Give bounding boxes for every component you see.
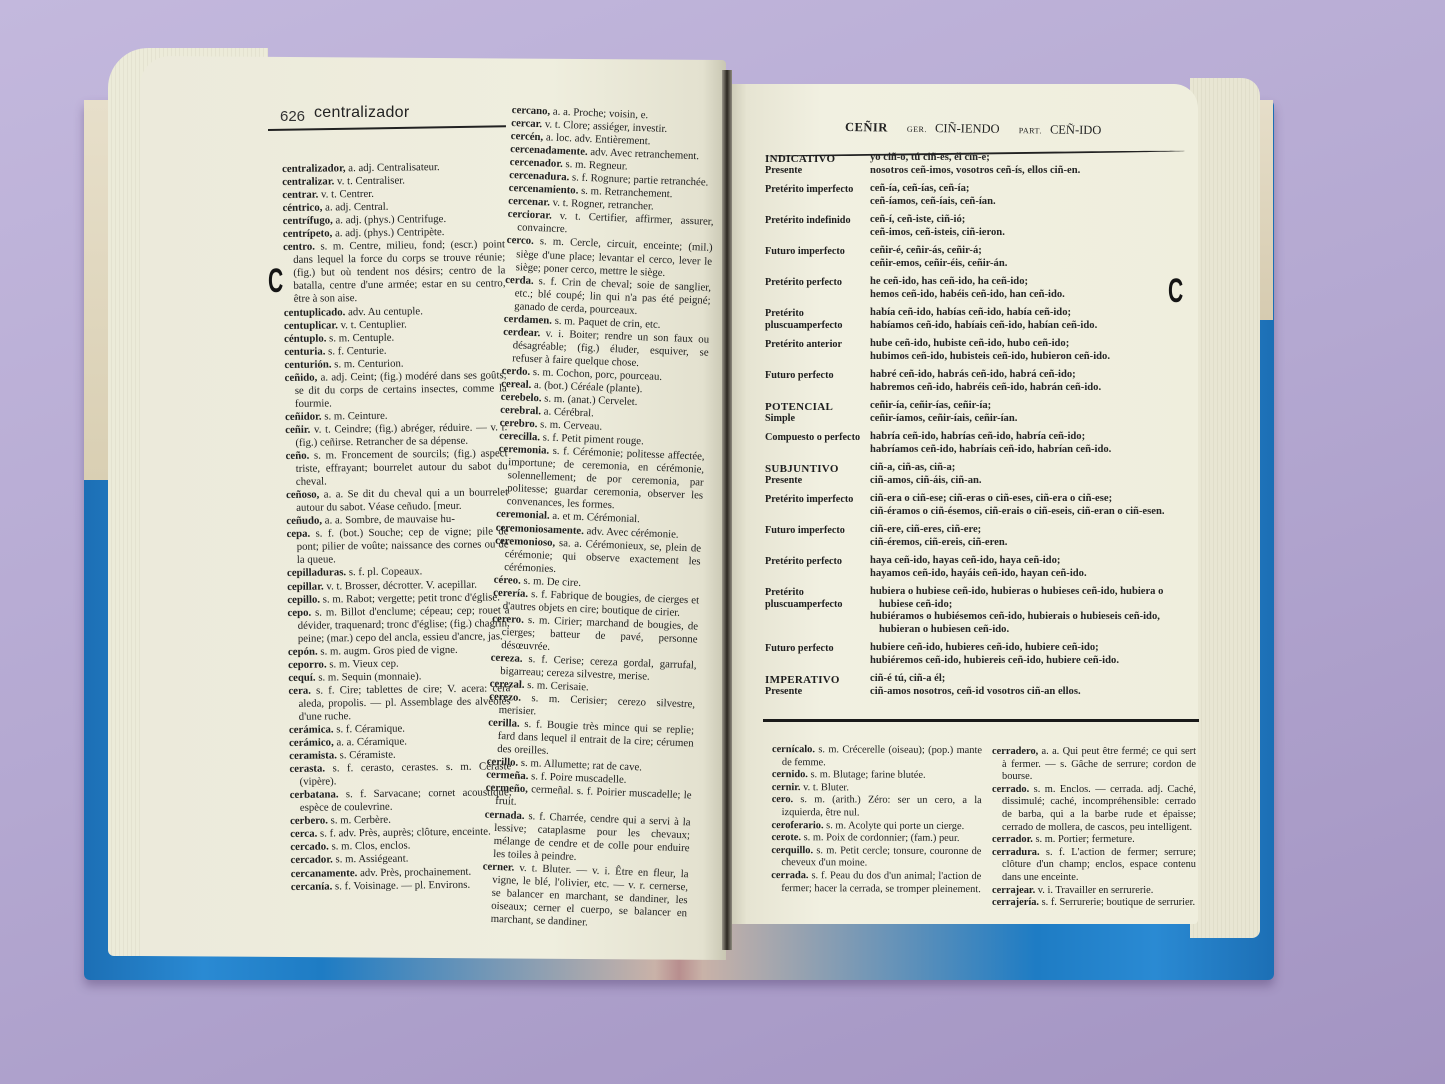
dictionary-entry: cernir. v. t. Bluter.	[772, 782, 982, 796]
running-head: centralizador	[314, 104, 410, 122]
entry-definition: a. adj. (phys.) Centripète.	[332, 226, 444, 239]
conjugation-row: IMPERATIVOPresenteciñ-é tú, ciñ-a él;ciñ…	[765, 673, 1195, 698]
tense-name: Presente	[765, 686, 802, 697]
conjugation-row: Futuro imperfectociñ-ere, ciñ-eres, ciñ-…	[765, 524, 1195, 549]
conjugated-forms: hube ceñ-ido, hubiste ceñ-ido, hubo ceñ-…	[870, 338, 1195, 363]
conjugation-row: Futuro perfectohabré ceñ-ido, habrás ceñ…	[765, 369, 1195, 394]
entry-definition: a. Cérébral.	[541, 405, 594, 419]
entry-headword: cerbero.	[290, 815, 328, 827]
form-line: ceñ-imos, ceñ-isteis, ciñ-ieron.	[870, 227, 1195, 240]
tense-label: Compuesto o perfecto	[765, 431, 870, 456]
dictionary-entry: cepo. s. m. Billot d'enclume; cépeau; ce…	[287, 604, 509, 646]
entry-headword: centuplicado.	[284, 306, 346, 319]
tense-label: Pretérito anterior	[765, 338, 870, 363]
form-line: hubiéremos ceñ-ido, hubiereis ceñ-ido, h…	[870, 655, 1195, 668]
conjugated-forms: ceñir-ía, ceñir-ías, ceñir-ía;ceñir-íamo…	[870, 400, 1195, 425]
entry-headword: cercén,	[511, 130, 544, 143]
entry-headword: cero.	[772, 794, 794, 805]
tense-name: Pretérito perfecto	[765, 556, 842, 567]
entry-headword: cereal.	[501, 378, 532, 391]
tense-label: Futuro imperfecto	[765, 524, 870, 549]
dictionary-entry: cerrada. s. f. Peau du dos d'un animal; …	[771, 870, 981, 896]
entry-definition: s. m. Cerisaie.	[524, 679, 589, 693]
entry-definition: a. adj. (phys.) Centrifuge.	[333, 213, 446, 226]
conjugation-row: Pretérito pluscuamperfectohubiera o hubi…	[765, 586, 1195, 636]
form-line: ciñ-amos, ciñ-áis, ciñ-an.	[870, 475, 1195, 488]
tense-label: Pretérito pluscuamperfecto	[765, 586, 870, 636]
tense-label: IMPERATIVOPresente	[765, 673, 870, 698]
entry-headword: cerezal.	[490, 678, 525, 691]
entry-headword: cepilladuras.	[287, 567, 346, 580]
entry-headword: cercano,	[512, 104, 551, 117]
entry-definition: a. adj. Central.	[322, 201, 388, 214]
entry-headword: cercado.	[290, 841, 329, 853]
entry-headword: cerca.	[290, 828, 317, 840]
conjugated-forms: ceñir-é, ceñir-ás, ceñir-á;ceñir-emos, c…	[870, 245, 1195, 270]
entry-definition: s. m. (arith.) Zéro: ser un cero, a la i…	[782, 794, 982, 818]
entry-headword: cepillo.	[287, 593, 320, 605]
conjugation-bottom-rule	[763, 719, 1199, 722]
tense-label: POTENCIALSimple	[765, 400, 870, 425]
entry-headword: cequí.	[288, 671, 315, 683]
entry-headword: ceremonia.	[499, 443, 550, 457]
entry-headword: cermeño,	[485, 782, 528, 796]
conjugation-row: Pretérito perfectohe ceñ-ido, has ceñ-id…	[765, 276, 1195, 301]
entry-definition: s. f. cerasto, cerastes. s. m. Céraste (…	[299, 760, 511, 788]
tense-label: Pretérito perfecto	[765, 276, 870, 301]
form-line: hubimos ceñ-ido, hubisteis ceñ-ido, hubi…	[870, 351, 1195, 364]
entry-headword: ceremonioso,	[495, 534, 555, 548]
conjugated-forms: habré ceñ-ido, habrás ceñ-ido, habrá ceñ…	[870, 369, 1195, 394]
tense-name: Pretérito imperfecto	[765, 494, 853, 505]
tense-name: Presente	[765, 165, 802, 176]
entry-definition: v. t. Centrer.	[318, 188, 374, 201]
dictionary-entry: cernícalo. s. m. Crécerelle (oiseau); (p…	[772, 744, 982, 770]
entry-definition: v. t. Bluter.	[801, 782, 849, 793]
entry-headword: cerebelo.	[501, 391, 542, 405]
entry-headword: ceñudo,	[286, 515, 322, 527]
tense-name: Pretérito indefinido	[765, 215, 851, 226]
entry-headword: cercenadura.	[509, 169, 569, 183]
dictionary-entry: ceroferario. s. m. Acolyte qui porte un …	[772, 820, 982, 834]
entry-headword: cernir.	[772, 782, 801, 793]
mood-label: POTENCIAL	[765, 401, 870, 413]
entry-headword: cerrajear.	[992, 885, 1035, 896]
dictionary-entry: cerrador. s. m. Portier; fermeture.	[992, 834, 1196, 847]
form-line: nosotros ceñ-imos, vosotros ceñ-ís, ello…	[870, 165, 1195, 178]
tense-name: Pretérito anterior	[765, 339, 842, 350]
entry-definition: a. adj. Centralisateur.	[345, 161, 439, 174]
dictionary-entry: ceremonia. s. f. Cérémonie; politesse af…	[496, 443, 704, 516]
entry-headword: cepón.	[288, 645, 318, 657]
entry-headword: cepa.	[286, 528, 310, 540]
entry-definition: s. m. Centre, milieu, fond; (escr.) poin…	[293, 239, 505, 306]
tense-name: Pretérito imperfecto	[765, 184, 853, 195]
dictionary-entry: centro. s. m. Centre, milieu, fond; (esc…	[283, 239, 506, 307]
conjugation-row: Pretérito perfectohaya ceñ-ido, hayas ce…	[765, 555, 1195, 580]
entry-definition: s. m. Portier; fermeture.	[1033, 834, 1135, 845]
entry-definition: s. m. Assiégeant.	[333, 853, 409, 866]
entry-headword: cercenador.	[510, 156, 563, 170]
form-line: habríamos ceñ-ido, habríais ceñ-ido, hab…	[870, 444, 1195, 457]
entry-definition: s. m. Acolyte qui porte un cierge.	[824, 820, 965, 832]
dictionary-entry: cerrajería. s. f. Serrurerie; boutique d…	[992, 897, 1196, 910]
form-line: hubiere ceñ-ido, hubieres ceñ-ido, hubie…	[870, 642, 1195, 655]
entry-definition: s. m. augm. Gros pied de vigne.	[318, 644, 458, 658]
entry-definition: s. m. Sequin (monnaie).	[316, 670, 422, 683]
dictionary-entry: cerradero, a. a. Qui peut être fermé; ce…	[992, 746, 1196, 784]
tense-name: Pretérito perfecto	[765, 277, 842, 288]
conjugated-forms: hubiera o hubiese ceñ-ido, hubieras o hu…	[870, 586, 1195, 636]
form-line: habría ceñ-ido, habrías ceñ-ido, habría …	[870, 431, 1195, 444]
form-line: ceñir-íamos, ceñir-íais, ceñir-ían.	[870, 413, 1195, 426]
entry-definition: s. m. Cerveau.	[537, 418, 602, 432]
entry-headword: cernido.	[772, 769, 808, 780]
entry-headword: cerasta.	[289, 763, 325, 775]
entry-headword: cerebro.	[500, 417, 538, 430]
entry-headword: centurión.	[284, 358, 331, 371]
tense-label: Futuro perfecto	[765, 369, 870, 394]
dictionary-entry: cernido. s. m. Blutage; farine blutée.	[772, 769, 982, 783]
entry-headword: cercar.	[511, 117, 542, 130]
conjugated-forms: he ceñ-ido, has ceñ-ido, ha ceñ-ido;hemo…	[870, 276, 1195, 301]
conjugation-row: Pretérito pluscuamperfectohabía ceñ-ido,…	[765, 307, 1195, 332]
entry-definition: s. m. Froncement de sourcils; (fig.) asp…	[296, 447, 508, 488]
dictionary-entry: cernada. s. f. Charrée, cendre qui a ser…	[483, 808, 691, 868]
entry-definition: adv. Près, prochainement.	[357, 865, 471, 878]
tense-name: Presente	[765, 475, 802, 486]
entry-headword: cerquillo.	[771, 845, 813, 856]
tense-name: Pretérito pluscuamperfecto	[765, 587, 843, 610]
conjugated-forms: ciñ-era o ciñ-ese; ciñ-eras o ciñ-eses, …	[870, 493, 1195, 518]
form-line: ciñ-era o ciñ-ese; ciñ-eras o ciñ-eses, …	[870, 493, 1195, 506]
entry-definition: s. m. Ceinture.	[322, 410, 388, 423]
conjugation-row: Pretérito imperfectoceñ-ía, ceñ-ías, ceñ…	[765, 183, 1195, 208]
entry-definition: s. f. Peau du dos d'un animal; l'action …	[781, 870, 981, 894]
entry-headword: ceñido,	[285, 371, 318, 383]
form-line: ciñ-ere, ciñ-eres, ciñ-ere;	[870, 524, 1195, 537]
entry-headword: cerote.	[771, 832, 801, 843]
entry-headword: cercanía.	[291, 880, 333, 893]
entry-definition: v. t. Ceindre; (fig.) abréger, réduire. …	[295, 421, 507, 449]
form-line: había ceñ-ido, habías ceñ-ido, había ceñ…	[870, 307, 1195, 320]
entry-headword: cerdear.	[503, 326, 541, 339]
tense-label: Pretérito imperfecto	[765, 183, 870, 208]
form-line: ceñ-íamos, ceñ-íais, ceñ-ían.	[870, 196, 1195, 209]
dictionary-entry: cero. s. m. (arith.) Zéro: ser un cero, …	[772, 794, 982, 820]
dictionary-entry: cerrajear. v. i. Travailler en serrureri…	[992, 885, 1196, 898]
form-line: ciñ-é tú, ciñ-a él;	[870, 673, 1195, 686]
conjugation-row: Pretérito anteriorhube ceñ-ido, hubiste …	[765, 338, 1195, 363]
dictionary-entry: ceñido, a. adj. Ceint; (fig.) modéré dan…	[285, 369, 507, 411]
entry-headword: cerradero,	[992, 746, 1038, 757]
tense-label: Pretérito imperfecto	[765, 493, 870, 518]
entry-headword: céreo.	[494, 573, 522, 586]
tense-label: Futuro perfecto	[765, 642, 870, 667]
entry-definition: s. f. pl. Copeaux.	[346, 566, 422, 579]
entry-definition: s. m. Billot d'enclume; cépeau; cep; rou…	[298, 604, 510, 645]
entry-headword: cercenar.	[508, 195, 550, 209]
entry-definition: s. m. Cercle, circuit, enceinte; (mil.) …	[516, 235, 713, 278]
entry-headword: cepo.	[287, 606, 311, 618]
page-block-right	[1190, 78, 1260, 938]
entry-headword: centralizar.	[282, 175, 334, 188]
form-line: ciñ-éremos, ciñ-ereis, ciñ-eren.	[870, 537, 1195, 550]
entry-headword: ceñir.	[285, 424, 310, 436]
form-line: ceñir-ía, ceñir-ías, ceñir-ía;	[870, 400, 1195, 413]
dictionary-entry: cera. s. f. Cire; tablettes de cire; V. …	[288, 682, 510, 724]
entry-headword: cerrador.	[992, 834, 1033, 845]
conjugation-row: SUBJUNTIVOPresenteciñ-a, ciñ-as, ciñ-a;c…	[765, 462, 1195, 487]
tense-label: Futuro imperfecto	[765, 245, 870, 270]
conjugation-row: POTENCIALSimpleceñir-ía, ceñir-ías, ceñi…	[765, 400, 1195, 425]
entry-headword: cerería.	[493, 586, 528, 599]
tense-label: INDICATIVOPresente	[765, 152, 870, 177]
entry-definition: s. f. Céramique.	[334, 723, 406, 736]
tense-name: Pretérito pluscuamperfecto	[765, 308, 843, 331]
entry-headword: cerbatana.	[290, 789, 339, 802]
form-line: habremos ceñ-ido, habréis ceñ-ido, habrá…	[870, 382, 1195, 395]
entry-headword: cepillar.	[287, 580, 324, 592]
entry-definition: s. m. De cire.	[521, 574, 582, 588]
conjugation-row: Pretérito indefinidoceñ-í, ceñ-iste, ciñ…	[765, 214, 1195, 239]
form-line: haya ceñ-ido, hayas ceñ-ido, haya ceñ-id…	[870, 555, 1195, 568]
entry-definition: s. m. Blutage; farine blutée.	[808, 769, 926, 781]
entry-headword: cerrajería.	[992, 897, 1039, 908]
entry-definition: s. m. Cerbère.	[328, 814, 391, 827]
entry-headword: ceñidor.	[285, 410, 322, 422]
entry-headword: centrífugo,	[283, 215, 333, 228]
entry-definition: v. t. Centuplier.	[338, 318, 407, 331]
entry-headword: cernícalo.	[772, 744, 815, 755]
entry-definition: s. m. Cirier; marchand de bougies, de ci…	[501, 614, 698, 653]
entry-headword: cerda.	[505, 273, 534, 286]
conjugated-forms: habría ceñ-ido, habrías ceñ-ido, habría …	[870, 431, 1195, 456]
entry-headword: ceramista.	[289, 749, 337, 762]
conjugated-forms: hubiere ceñ-ido, hubieres ceñ-ido, hubie…	[870, 642, 1195, 667]
entry-headword: centro.	[283, 241, 315, 253]
entry-definition: s. f. Voisinage. — pl. Environs.	[332, 878, 470, 892]
gerund: CIÑ-IENDO	[935, 121, 1000, 136]
entry-headword: ceñoso,	[286, 489, 319, 501]
entry-definition: v. i. Travailler en serrurerie.	[1035, 885, 1153, 896]
entry-headword: centrípeto,	[283, 228, 333, 241]
entry-definition: s. f. Serrurerie; boutique de serrurier.	[1039, 897, 1195, 908]
book-gutter	[722, 70, 732, 950]
entry-headword: cermeña.	[486, 769, 529, 783]
conjugated-forms: había ceñ-ido, habías ceñ-ido, había ceñ…	[870, 307, 1195, 332]
tense-name: Futuro perfecto	[765, 643, 834, 654]
tense-name: Futuro imperfecto	[765, 246, 845, 257]
entry-headword: cerilla.	[488, 717, 520, 730]
entry-definition: a. a. Se dit du cheval qui a un bourrele…	[296, 486, 508, 514]
conjugation-row: INDICATIVOPresenteyo ciñ-o, tú ciñ-es, é…	[765, 152, 1195, 177]
entry-headword: centralizador,	[282, 162, 346, 175]
form-line: habíamos ceñ-ido, habíais ceñ-ido, había…	[870, 320, 1195, 333]
entry-headword: cercanamente.	[291, 867, 358, 880]
form-line: hubiéramos o hubiésemos ceñ-ido, hubiera…	[870, 611, 1195, 636]
tense-label: Pretérito perfecto	[765, 555, 870, 580]
entry-headword: cerecilla.	[499, 430, 540, 444]
form-line: hemos ceñ-ido, habéis ceñ-ido, han ceñ-i…	[870, 289, 1195, 302]
form-line: yo ciñ-o, tú ciñ-es, él ciñ-e;	[870, 152, 1195, 165]
form-line: hube ceñ-ido, hubiste ceñ-ido, hubo ceñ-…	[870, 338, 1195, 351]
entry-headword: cerco.	[507, 234, 535, 247]
dictionary-column-2: cercano, a. a. Proche; voisin, e.cercar.…	[480, 104, 717, 933]
conjugated-forms: ceñ-í, ceñ-iste, ciñ-ió;ceñ-imos, ceñ-is…	[870, 214, 1195, 239]
participle-label: PART.	[1019, 126, 1042, 135]
entry-definition: v. t. Brosser, décrotter. V. acepillar.	[324, 578, 477, 592]
conjugated-forms: ciñ-a, ciñ-as, ciñ-a;ciñ-amos, ciñ-áis, …	[870, 462, 1195, 487]
entry-headword: ceroferario.	[772, 820, 824, 831]
entry-headword: centrar.	[282, 189, 318, 201]
entry-definition: v. t. Bluter. — v. i. Être en fleur, la …	[490, 861, 688, 928]
tense-name: Futuro imperfecto	[765, 525, 845, 536]
entry-headword: céntuplo.	[284, 332, 326, 345]
tense-name: Simple	[765, 413, 795, 424]
form-line: ceñ-í, ceñ-iste, ciñ-ió;	[870, 214, 1195, 227]
tense-name: Compuesto o perfecto	[765, 432, 860, 443]
entry-definition: s. f. Crin de cheval; soie de sanglier, …	[514, 275, 711, 317]
entry-headword: cerillo.	[486, 756, 518, 769]
mood-label: IMPERATIVO	[765, 674, 870, 686]
entry-definition: a. a. Sombre, de mauvaise hu-	[322, 513, 455, 527]
entry-definition: s. f. (bot.) Souche; cep de vigne; pile …	[297, 526, 509, 567]
conjugation-row: Pretérito imperfectociñ-era o ciñ-ese; c…	[765, 493, 1195, 518]
form-line: hubiera o hubiese ceñ-ido, hubieras o hu…	[870, 586, 1195, 611]
entry-headword: cercador.	[290, 854, 332, 867]
entry-definition: v. t. Centraliser.	[334, 175, 405, 188]
entry-definition: s. m. Vieux cep.	[327, 657, 399, 670]
entry-definition: s. m. Centurion.	[331, 357, 403, 370]
entry-definition: s. f. Cire; tablettes de cire; V. acera:…	[299, 682, 511, 723]
dictionary-entry: ceñir. v. t. Ceindre; (fig.) abréger, ré…	[285, 421, 507, 450]
form-line: ceñir-é, ceñir-ás, ceñir-á;	[870, 245, 1195, 258]
conjugation-row: Futuro perfectohubiere ceñ-ido, hubieres…	[765, 642, 1195, 667]
form-line: ciñ-amos nosotros, ceñ-id vosotros ciñ-a…	[870, 686, 1195, 699]
entry-definition: a. a. Céramique.	[334, 736, 407, 749]
entry-headword: centuplicar.	[284, 319, 338, 332]
form-line: habré ceñ-ido, habrás ceñ-ido, habrá ceñ…	[870, 369, 1195, 382]
participle: CEÑ-IDO	[1050, 123, 1102, 138]
conjugation-row: Futuro imperfectoceñir-é, ceñir-ás, ceñi…	[765, 245, 1195, 270]
tense-label: Pretérito indefinido	[765, 214, 870, 239]
entry-definition: a. adj. Ceint; (fig.) modéré dans ses go…	[295, 369, 507, 410]
form-line: ciñ-éramos o ciñ-ésemos, ciñ-erais o ciñ…	[870, 506, 1195, 519]
dictionary-entry: ceño. s. m. Froncement de sourcils; (fig…	[286, 447, 508, 489]
verb-infinitive: CEÑIR	[845, 120, 888, 135]
entry-definition: s. f. Bougie très mince qui se replie; f…	[497, 718, 694, 757]
dictionary-entry: cerner. v. t. Bluter. — v. i. Être en fl…	[480, 860, 688, 933]
dictionary-entry: cepa. s. f. (bot.) Souche; cep de vigne;…	[286, 526, 508, 568]
entry-definition: v. i. Boiter; rendre un son faux ou désa…	[512, 327, 709, 369]
entry-headword: cerdamen.	[504, 313, 553, 327]
conjugated-forms: yo ciñ-o, tú ciñ-es, él ciñ-e;nosotros c…	[870, 152, 1195, 177]
entry-headword: ceporro.	[288, 658, 327, 670]
entry-headword: ceño.	[286, 450, 310, 462]
dictionary-entry: cerbatana. s. f. Sarvacane; cornet acous…	[290, 786, 512, 815]
conjugation-table: INDICATIVOPresenteyo ciñ-o, tú ciñ-es, é…	[765, 152, 1195, 704]
entry-headword: cerdo.	[502, 365, 531, 378]
conjugated-forms: haya ceñ-ido, hayas ceñ-ido, haya ceñ-id…	[870, 555, 1195, 580]
dictionary-entry: cerote. s. m. Poix de cordonnier; (fam.)…	[771, 832, 981, 846]
entry-headword: cerciorar.	[508, 208, 552, 222]
entry-definition: s. Céramiste.	[337, 749, 396, 762]
entry-headword: ceremonial.	[496, 508, 550, 522]
entry-headword: cerámico,	[289, 736, 334, 749]
entry-headword: centuria.	[284, 345, 325, 358]
thumb-index-letter: C	[268, 262, 283, 301]
dictionary-entry: cerquillo. s. m. Petit cercle; tonsure, …	[771, 845, 981, 871]
entry-headword: céntrico,	[282, 202, 322, 214]
dictionary-column-3: cernícalo. s. m. Crécerelle (oiseau); (p…	[771, 744, 982, 896]
entry-definition: s. f. Centurie.	[325, 344, 386, 357]
entry-headword: cernada.	[484, 808, 524, 822]
form-line: ciñ-a, ciñ-as, ciñ-a;	[870, 462, 1195, 475]
entry-definition: s. f. adv. Près, auprès; clôture, encein…	[317, 826, 491, 840]
entry-headword: cerrado.	[992, 784, 1029, 795]
conjugated-forms: ciñ-ere, ciñ-eres, ciñ-ere;ciñ-éremos, c…	[870, 524, 1195, 549]
entry-headword: cereza.	[491, 652, 523, 665]
tense-label: Pretérito pluscuamperfecto	[765, 307, 870, 332]
conjugation-row: Compuesto o perfectohabría ceñ-ido, habr…	[765, 431, 1195, 456]
dictionary-entry: ceñoso, a. a. Se dit du cheval qui a un …	[286, 486, 508, 515]
conjugated-forms: ciñ-é tú, ciñ-a él;ciñ-amos nosotros, ce…	[870, 673, 1195, 698]
tense-label: SUBJUNTIVOPresente	[765, 462, 870, 487]
form-line: he ceñ-ido, has ceñ-ido, ha ceñ-ido;	[870, 276, 1195, 289]
dictionary-entry: cerasta. s. f. cerasto, cerastes. s. m. …	[289, 760, 511, 789]
tense-name: Futuro perfecto	[765, 370, 834, 381]
form-line: hayamos ceñ-ido, hayáis ceñ-ido, hayan c…	[870, 568, 1195, 581]
entry-headword: cerero.	[492, 612, 524, 625]
dictionary-entry: cerrado. s. m. Enclos. — cerrada. adj. C…	[992, 784, 1196, 834]
gerund-label: GER.	[907, 125, 927, 134]
conjugated-forms: ceñ-ía, ceñ-ías, ceñ-ía;ceñ-íamos, ceñ-í…	[870, 183, 1195, 208]
dictionary-entry: cerradura. s. f. L'action de fermer; ser…	[992, 847, 1196, 885]
page-number: 626	[280, 108, 305, 125]
mood-label: INDICATIVO	[765, 153, 870, 165]
entry-definition: s. m. Clos, enclos.	[329, 840, 411, 853]
entry-headword: cerámica.	[289, 723, 334, 736]
entry-definition: s. m. Regneur.	[563, 158, 628, 172]
form-line: ceñ-ía, ceñ-ías, ceñ-ía;	[870, 183, 1195, 196]
dictionary-column-1: centralizador, a. adj. Centralisateur.ce…	[282, 160, 513, 893]
entry-headword: cerradura.	[992, 847, 1040, 858]
entry-definition: s. m. Enclos. — cerrada. adj. Caché, dis…	[1002, 784, 1196, 833]
mood-label: SUBJUNTIVO	[765, 463, 870, 475]
entry-headword: cerezo.	[489, 691, 521, 704]
entry-headword: cerebral.	[500, 404, 541, 418]
entry-headword: cerner.	[482, 860, 514, 873]
dictionary-column-4: cerradero, a. a. Qui peut être fermé; ce…	[992, 746, 1196, 910]
entry-definition: s. m. Poix de cordonnier; (fam.) peur.	[801, 832, 959, 844]
form-line: ceñir-emos, ceñir-éis, ceñir-án.	[870, 258, 1195, 271]
dictionary-entry: cercanía. s. f. Voisinage. — pl. Environ…	[291, 878, 513, 894]
entry-definition: s. m. Rabot; vergette; petit tronc d'égl…	[320, 591, 500, 605]
entry-definition: adv. Au centuple.	[345, 305, 423, 318]
entry-headword: cerrada.	[771, 870, 808, 881]
entry-headword: cera.	[288, 685, 311, 697]
entry-definition: s. m. Centuple.	[326, 331, 394, 344]
